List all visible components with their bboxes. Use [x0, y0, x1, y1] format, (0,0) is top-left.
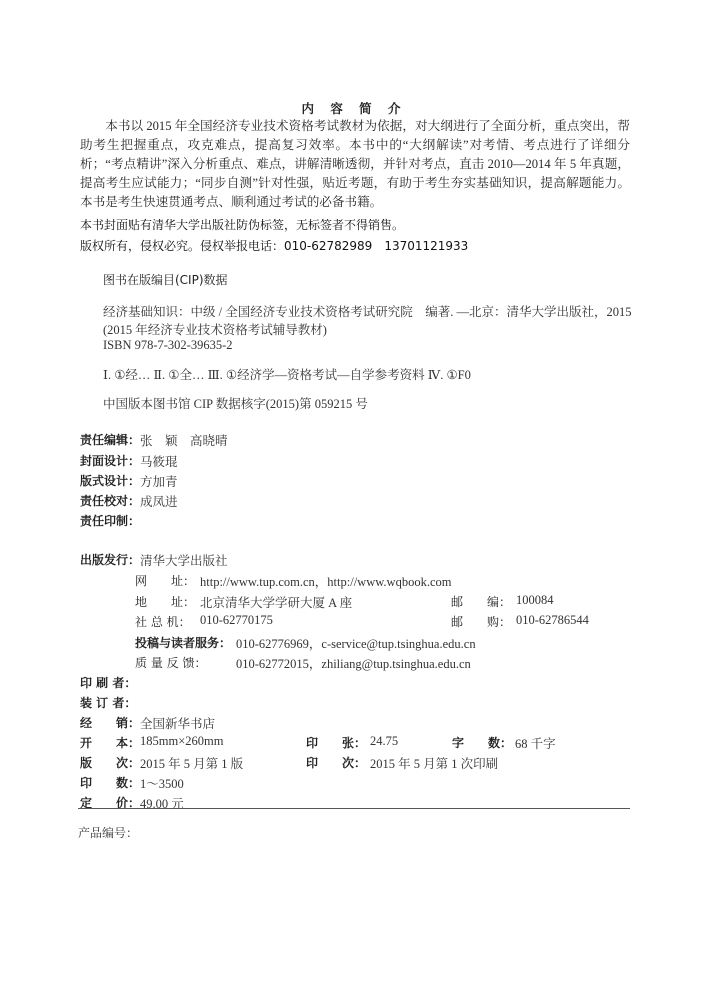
feedback-value: 010-62772015，zhiliang@tup.tsinghua.edu.c…	[236, 654, 471, 672]
divider-line	[78, 808, 630, 809]
cip-line-title: 经济基础知识：中级 / 全国经济专业技术资格考试研究院 编著. —北京：清华大学…	[103, 302, 631, 320]
publisher-label: 出版发行：	[80, 551, 140, 568]
postcode-label: 邮 编：	[451, 593, 511, 610]
service-label: 投稿与读者服务：	[135, 634, 231, 651]
mailorder-value: 010-62786544	[516, 613, 589, 628]
words-label: 字 数：	[452, 734, 512, 751]
impression-label: 印 次：	[306, 754, 366, 771]
cip-heading: 图书在版编目(CIP)数据	[103, 271, 228, 288]
publisher-name: 清华大学出版社	[140, 551, 228, 569]
staff-value-cover-design: 马筱琨	[140, 452, 178, 470]
format-label: 开 本：	[80, 734, 140, 751]
staff-label-editor: 责任编辑：	[80, 431, 140, 448]
cip-line-series: (2015 年经济专业技术资格考试辅导教材)	[103, 320, 327, 338]
price-value: 49.00 元	[140, 794, 184, 812]
switchboard-value: 010-62770175	[200, 613, 273, 628]
cip-record-number: 中国版本图书馆 CIP 数据核字(2015)第 059215 号	[103, 394, 368, 412]
service-value: 010-62776969，c-service@tup.tsinghua.edu.…	[236, 634, 476, 652]
edition-value: 2015 年 5 月第 1 版	[140, 754, 243, 772]
switchboard-label: 社 总 机：	[135, 613, 191, 630]
distributor-value: 全国新华书店	[140, 714, 215, 732]
staff-label-print-supervisor: 责任印制：	[80, 512, 140, 529]
summary-title: 内 容 简 介	[0, 99, 708, 117]
feedback-label: 质 量 反 馈：	[135, 654, 206, 671]
website-value: http://www.tup.com.cn，http://www.wqbook.…	[200, 572, 451, 590]
summary-paragraph: 本书以 2015 年全国经济专业技术资格考试教材为依据，对大纲进行了全面分析，重…	[80, 117, 630, 212]
cip-isbn: ISBN 978-7-302-39635-2	[103, 338, 233, 353]
cip-classification: Ⅰ. ①经… Ⅱ. ①全… Ⅲ. ①经济学—资格考试—自学参考资料 Ⅳ. ①F0	[103, 365, 471, 383]
sheets-value: 24.75	[370, 734, 398, 749]
mailorder-label: 邮 购：	[451, 613, 511, 630]
format-value: 185mm×260mm	[140, 734, 223, 749]
printer-label: 印 刷 者：	[80, 674, 136, 691]
impression-value: 2015 年 5 月第 1 次印刷	[370, 754, 498, 772]
staff-value-proofreader: 成凤进	[140, 492, 178, 510]
distributor-label: 经 销：	[80, 714, 140, 731]
staff-label-proofreader: 责任校对：	[80, 492, 140, 509]
print-run-label: 印 数：	[80, 774, 140, 791]
postcode-value: 100084	[516, 593, 554, 608]
words-value: 68 千字	[515, 734, 556, 752]
edition-label: 版 次：	[80, 754, 140, 771]
staff-value-editor: 张 颖 高晓晴	[140, 431, 228, 449]
sheets-label: 印 张：	[306, 734, 366, 751]
staff-label-layout-design: 版式设计：	[80, 472, 140, 489]
staff-label-cover-design: 封面设计：	[80, 452, 140, 469]
address-value: 北京清华大学学研大厦 A 座	[200, 593, 352, 611]
website-label: 网 址：	[135, 572, 195, 589]
staff-value-layout-design: 方加青	[140, 472, 178, 490]
anti-counterfeit-notice: 本书封面贴有清华大学出版社防伪标签，无标签者不得销售。	[80, 216, 404, 233]
print-run-value: 1～3500	[140, 774, 184, 792]
product-code-label: 产品编号：	[78, 824, 138, 841]
address-label: 地 址：	[135, 593, 195, 610]
binder-label: 装 订 者：	[80, 694, 136, 711]
copyright-notice: 版权所有，侵权必究。侵权举报电话：010-62782989 1370112193…	[80, 237, 468, 254]
